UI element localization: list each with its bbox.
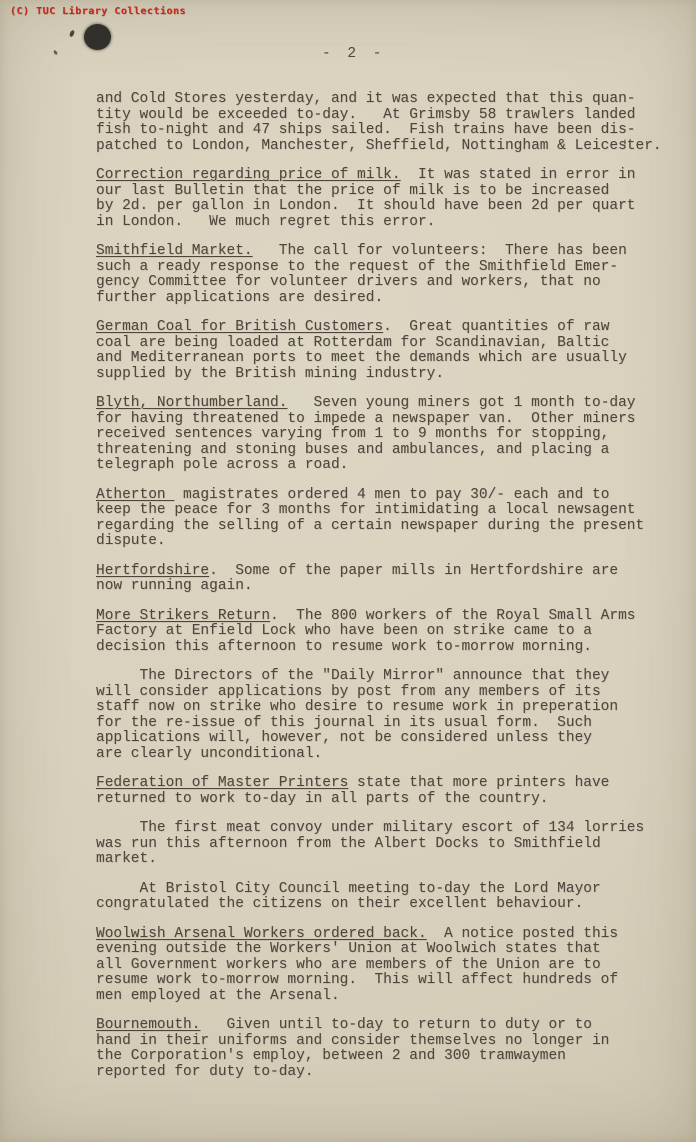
paragraph-heading: Hertfordshire <box>96 563 209 579</box>
paragraph-heading: Blyth, Northumberland. <box>96 395 287 411</box>
paragraph-german-coal: German Coal for British Customers. Great… <box>96 320 681 382</box>
paragraph-heading: More Strikers Return <box>96 608 270 624</box>
paragraph-text: The Directors of the "Daily Mirror" anno… <box>96 668 618 762</box>
paragraph-more-strikers-return: More Strikers Return. The 800 workers of… <box>96 609 681 656</box>
paragraph-woolwich-arsenal: Woolwish Arsenal Workers ordered back. A… <box>96 927 681 1005</box>
paragraph-hertfordshire: Hertfordshire. Some of the paper mills i… <box>96 564 681 595</box>
paragraph-heading: Smithfield Market. <box>96 243 253 259</box>
paragraph-fish-supplies: and Cold Stores yesterday, and it was ex… <box>96 92 681 154</box>
page-number: - 2 - <box>322 46 386 62</box>
paragraph-heading: Atherton <box>96 487 174 503</box>
paragraph-milk-correction: Correction regarding price of milk. It w… <box>96 168 681 230</box>
punch-hole <box>84 24 111 50</box>
paragraph-text: At Bristol City Council meeting to-day t… <box>96 881 601 913</box>
ink-speck <box>69 29 76 37</box>
paragraph-text: and Cold Stores yesterday, and it was ex… <box>96 91 662 154</box>
paragraph-daily-mirror: The Directors of the "Daily Mirror" anno… <box>96 669 681 762</box>
paragraph-blyth-northumberland: Blyth, Northumberland. Seven young miner… <box>96 396 681 474</box>
paragraph-smithfield-market: Smithfield Market. The call for voluntee… <box>96 244 681 306</box>
paragraph-heading: Correction regarding price of milk. <box>96 167 401 183</box>
document-page: (C) TUC Library Collections - 2 - and Co… <box>0 0 696 1142</box>
paragraph-atherton: Atherton magistrates ordered 4 men to pa… <box>96 488 681 550</box>
paragraph-text: magistrates ordered 4 men to pay 30/- ea… <box>96 487 644 550</box>
paragraph-heading: Bournemouth. <box>96 1017 200 1033</box>
paragraph-heading: Federation of Master Printers <box>96 775 348 791</box>
paragraph-bristol-council: At Bristol City Council meeting to-day t… <box>96 882 681 913</box>
copyright-watermark: (C) TUC Library Collections <box>10 6 186 17</box>
paragraph-meat-convoy: The first meat convoy under military esc… <box>96 821 681 868</box>
paragraph-text: The first meat convoy under military esc… <box>96 820 644 867</box>
paragraph-heading: Woolwish Arsenal Workers ordered back. <box>96 926 427 942</box>
paragraph-heading: German Coal for British Customers <box>96 319 383 335</box>
paragraph-master-printers: Federation of Master Printers state that… <box>96 776 681 807</box>
paragraph-bournemouth: Bournemouth. Given until to-day to retur… <box>96 1018 681 1080</box>
document-body: and Cold Stores yesterday, and it was ex… <box>96 92 681 1094</box>
ink-speck <box>53 50 58 56</box>
